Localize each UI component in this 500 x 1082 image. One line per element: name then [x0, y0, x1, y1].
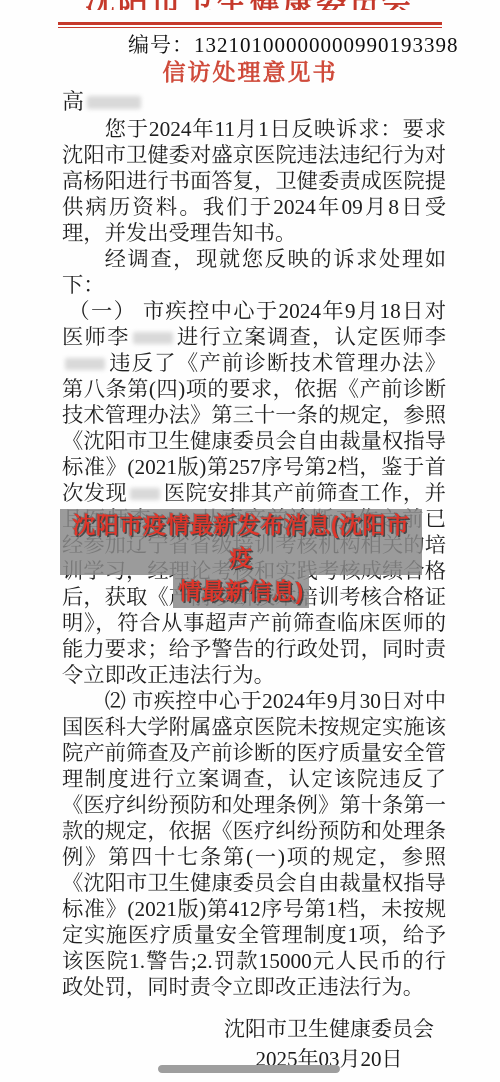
redacted-text [65, 358, 105, 370]
redacted-text [133, 332, 173, 344]
doc-title: 信访处理意见书 [0, 59, 500, 86]
redacted-name [87, 96, 141, 109]
paragraph: （一） 市疾控中心于2024年9月18日对医师李进行立案调查，认定医师李违反了《… [62, 298, 446, 688]
watermark-line1: 沈阳市疫情最新发布消息(沈阳市疫 [60, 509, 422, 575]
paragraph: 您于2024年11月1日反映诉求：要求沈阳市卫健委对盛京医院违法违纪行为对高杨阳… [62, 116, 446, 246]
addressee-name: 高 [62, 89, 84, 114]
signature-org: 沈阳市卫生健康委员会 [224, 1014, 434, 1044]
watermark-overlay: 沈阳市疫情最新发布消息(沈阳市疫 情最新信息) [60, 509, 422, 608]
watermark-line2: 情最新信息) [173, 575, 309, 608]
redacted-text [130, 488, 160, 500]
paragraph: ⑵ 市疾控中心于2024年9月30日对中国医科大学附属盛京医院未按规定实施该院产… [62, 688, 446, 1000]
greeting-line: 高 [62, 89, 500, 115]
document-page: 沈阳市卫生健康委员会 编号：13210100000000990193398 信访… [0, 0, 500, 1082]
letterhead-org-title: 沈阳市卫生健康委员会 [0, 0, 500, 10]
doc-number-label: 编号： [128, 33, 194, 57]
scroll-indicator[interactable] [158, 1065, 340, 1073]
paragraph: 经调查，现就您反映的诉求处理如下： [62, 246, 446, 298]
doc-number-value: 13210100000000990193398 [194, 33, 459, 57]
doc-number-line: 编号：13210100000000990193398 [128, 32, 500, 58]
letterhead-rule [58, 22, 442, 28]
